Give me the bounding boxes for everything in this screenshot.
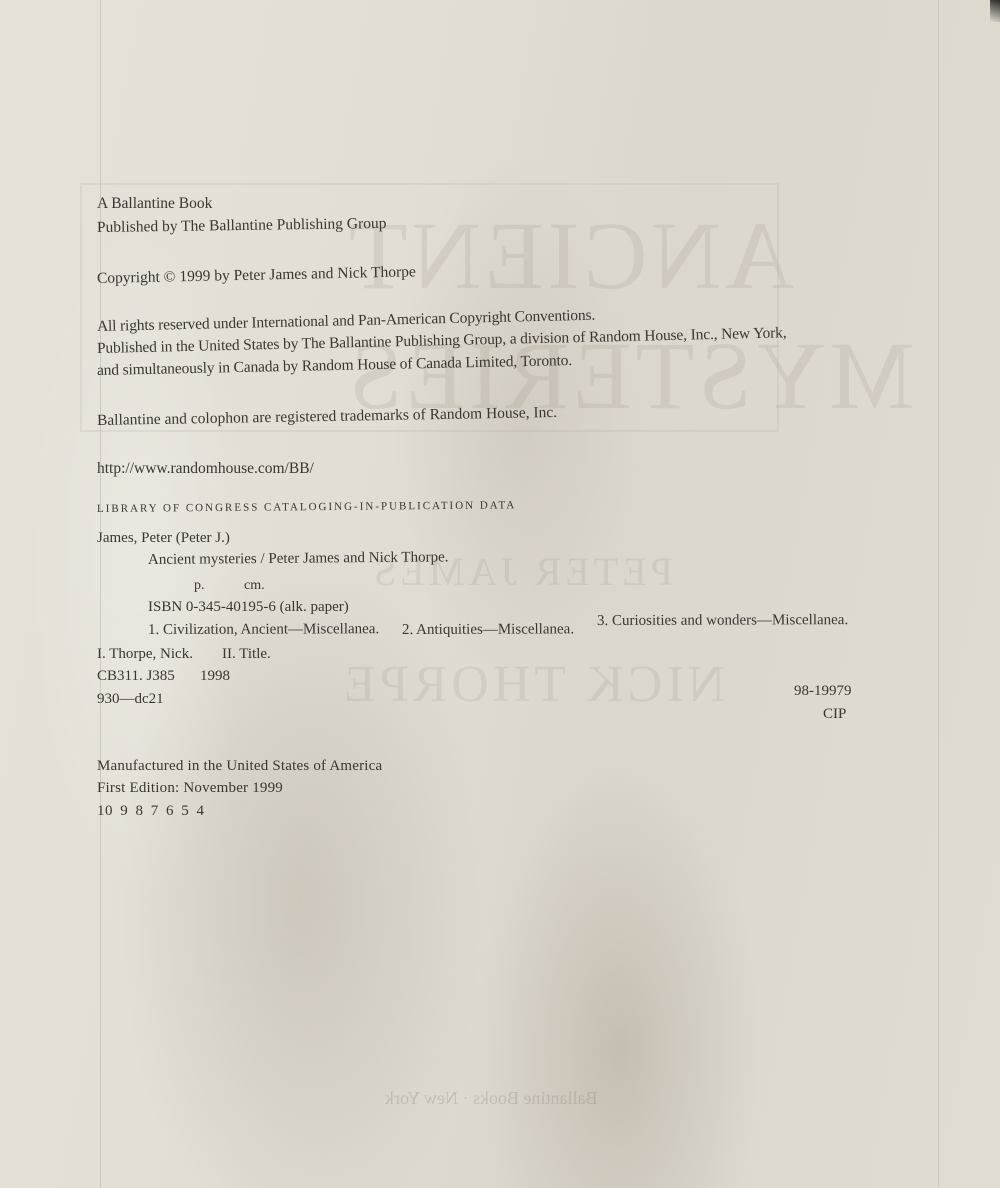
cip-mark: CIP (823, 706, 846, 723)
show-through-imprint: Ballantine Books · New York (385, 1088, 598, 1109)
cip-added-entry-1: I. Thorpe, Nick. (97, 646, 193, 663)
cip-heading: LIBRARY OF CONGRESS CATALOGING-IN-PUBLIC… (97, 499, 516, 515)
publisher-url: http://www.randomhouse.com/BB/ (97, 460, 314, 478)
page-edge-left (100, 0, 101, 1188)
cip-lccn: 98-19979 (794, 683, 852, 700)
cip-author: James, Peter (Peter J.) (97, 530, 230, 547)
manufactured-notice: Manufactured in the United States of Ame… (97, 758, 382, 775)
printing-line: 10 9 8 7 6 5 4 (97, 803, 205, 820)
edition-notice: First Edition: November 1999 (97, 780, 283, 797)
book-page: ANCIENT MYSTERIES PETER JAMES NICK THORP… (0, 0, 1000, 1188)
cip-pages: p. (194, 578, 205, 594)
cip-isbn: ISBN 0-345-40195-6 (alk. paper) (148, 599, 349, 616)
cip-subject-3: 3. Curiosities and wonders—Miscellanea. (597, 612, 848, 630)
show-through-author-2: NICK THORPE (340, 655, 725, 714)
publisher-line: A Ballantine Book (97, 195, 212, 213)
cip-lc-year: 1998 (200, 668, 230, 685)
cip-subject-2: 2. Antiquities—Miscellanea. (402, 621, 574, 639)
cip-subject-1: 1. Civilization, Ancient—Miscellanea. (148, 621, 379, 639)
show-through-title-1: ANCIENT (345, 200, 794, 311)
cip-size: cm. (244, 578, 265, 594)
cip-lc-class: CB311. J385 (97, 668, 175, 685)
corner-shadow (990, 0, 1000, 22)
page-edge-right (938, 0, 939, 1188)
cip-title: Ancient mysteries / Peter James and Nick… (148, 549, 449, 569)
cip-added-entry-2: II. Title. (222, 646, 271, 663)
cip-dewey: 930—dc21 (97, 691, 164, 708)
